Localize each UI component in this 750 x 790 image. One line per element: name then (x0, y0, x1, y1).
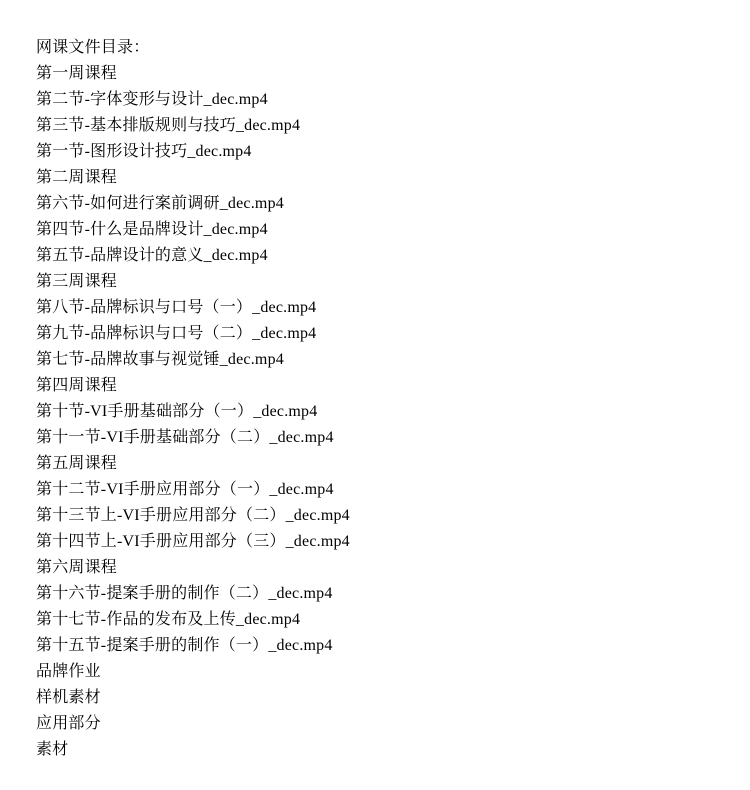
directory-line: 第七节-品牌故事与视觉锤_dec.mp4 (36, 347, 730, 373)
directory-line: 第一节-图形设计技巧_dec.mp4 (36, 139, 730, 165)
directory-line: 第八节-品牌标识与口号（一）_dec.mp4 (36, 295, 730, 321)
directory-line: 第十七节-作品的发布及上传_dec.mp4 (36, 607, 730, 633)
course-file-directory: 网课文件目录： 第一周课程 第二节-字体变形与设计_dec.mp4 第三节-基本… (0, 0, 750, 763)
directory-line: 第十一节-VI手册基础部分（二）_dec.mp4 (36, 425, 730, 451)
directory-line: 第十四节上-VI手册应用部分（三）_dec.mp4 (36, 529, 730, 555)
directory-line: 第十六节-提案手册的制作（二）_dec.mp4 (36, 581, 730, 607)
directory-line: 第五节-品牌设计的意义_dec.mp4 (36, 243, 730, 269)
directory-line: 第六周课程 (36, 555, 730, 581)
directory-line: 样机素材 (36, 685, 730, 711)
directory-line: 第一周课程 (36, 61, 730, 87)
directory-line: 第二周课程 (36, 165, 730, 191)
directory-line: 第九节-品牌标识与口号（二）_dec.mp4 (36, 321, 730, 347)
directory-line: 第四周课程 (36, 373, 730, 399)
directory-line: 第三节-基本排版规则与技巧_dec.mp4 (36, 113, 730, 139)
directory-line: 第十节-VI手册基础部分（一）_dec.mp4 (36, 399, 730, 425)
directory-line: 第二节-字体变形与设计_dec.mp4 (36, 87, 730, 113)
directory-line: 应用部分 (36, 711, 730, 737)
directory-line: 第十二节-VI手册应用部分（一）_dec.mp4 (36, 477, 730, 503)
directory-line: 品牌作业 (36, 659, 730, 685)
directory-title: 网课文件目录： (36, 35, 730, 61)
directory-line: 第十五节-提案手册的制作（一）_dec.mp4 (36, 633, 730, 659)
directory-line: 素材 (36, 737, 730, 763)
directory-line: 第四节-什么是品牌设计_dec.mp4 (36, 217, 730, 243)
directory-line: 第五周课程 (36, 451, 730, 477)
directory-line: 第六节-如何进行案前调研_dec.mp4 (36, 191, 730, 217)
directory-line: 第三周课程 (36, 269, 730, 295)
directory-line: 第十三节上-VI手册应用部分（二）_dec.mp4 (36, 503, 730, 529)
